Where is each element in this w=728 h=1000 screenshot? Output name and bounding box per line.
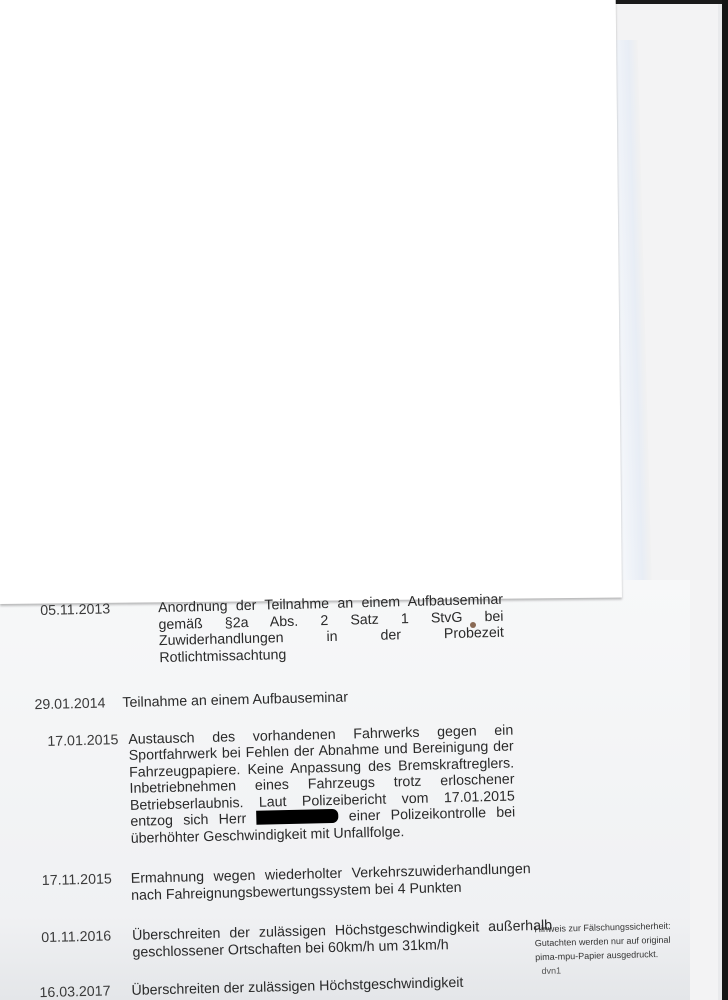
entry-text: Anordnung der Teilnahme an einem Aufbaus… [158, 592, 505, 666]
entry-date: 05.11.2013 [0, 601, 110, 620]
record-entries: 05.11.2013 Anordnung der Teilnahme an ei… [0, 590, 570, 1000]
security-hint: Hinweis zur Fälschungssicherheit: Gutach… [534, 918, 705, 978]
entry-date: 01.11.2016 [0, 928, 111, 947]
record-entry: 05.11.2013 Anordnung der Teilnahme an ei… [0, 590, 561, 670]
paper-speck [470, 622, 476, 628]
scan-border-right [722, 0, 728, 1000]
entry-date: 29.01.2014 [0, 695, 106, 714]
redaction-bar [256, 809, 338, 825]
entry-text: Austausch des vorhandenen Fahrwerks gege… [128, 722, 516, 847]
record-entry: 17.01.2015 Austausch des vorhandenen Fah… [3, 721, 566, 850]
record-entry: 29.01.2014 Teilnahme an einem Aufbausemi… [2, 684, 562, 714]
entry-text: Ermahnung wegen wiederholter Verkehrszuw… [131, 861, 532, 904]
blank-cover-sheet [0, 0, 622, 604]
record-entry: 17.11.2015 Ermahnung wegen wiederholter … [7, 860, 568, 907]
entry-date: 16.03.2017 [0, 983, 111, 1000]
entry-date: 17.01.2015 [3, 732, 118, 751]
entry-date: 17.11.2015 [0, 871, 112, 890]
entry-text: Teilnahme an einem Aufbauseminar [122, 686, 502, 712]
record-entry: 01.11.2016 Überschreiten der zulässigen … [8, 917, 569, 964]
entry-text: Überschreiten der zulässigen Höchstgesch… [132, 918, 553, 961]
